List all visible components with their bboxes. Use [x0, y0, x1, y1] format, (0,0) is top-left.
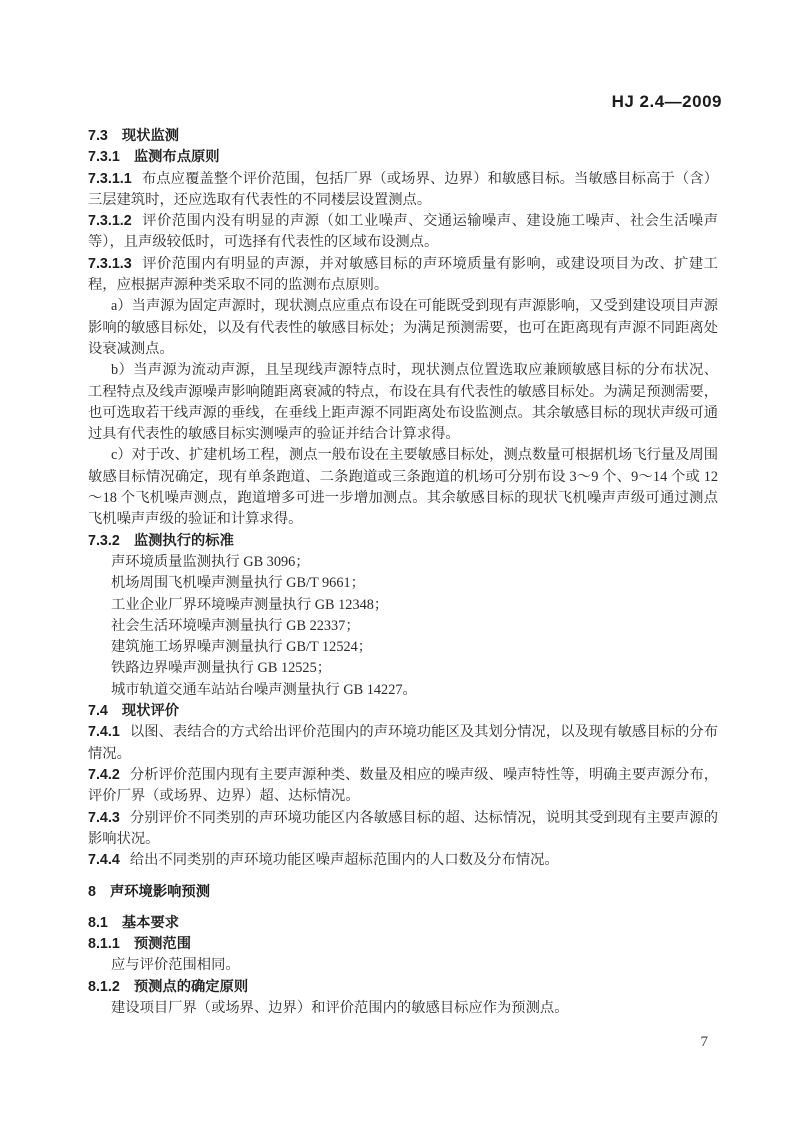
text-line-7: c）对于改、扩建机场工程，测点一般布设在主要敏感目标处，测点数量可根据机场飞行量…	[88, 445, 718, 530]
clause-text: 现状评价	[122, 703, 179, 719]
clause-text: 以图、表结合的方式给出评价范围内的声环境功能区及其划分情况，以及现有敏感目标的分…	[88, 724, 718, 761]
para-7.3.1.3: 7.3.1.3评价范围内有明显的声源，并对敏感目标的声环境质量有影响，或建设项目…	[88, 254, 718, 297]
clause-text: 评价范围内有明显的声源，并对敏感目标的声环境质量有影响，或建设项目为改、扩建工程…	[88, 256, 718, 293]
text-line-11: 工业企业厂界环境噪声测量执行 GB 12348；	[88, 595, 718, 616]
heading-7.3: 7.3现状监测	[88, 126, 718, 147]
clause-text: 城市轨道交通车站站台噪声测量执行 GB 14227。	[111, 682, 417, 698]
para-7.4.2: 7.4.2分析评价范围内现有主要声源种类、数量及相应的噪声级、噪声特性等，明确主…	[88, 765, 718, 808]
para-7.4.1: 7.4.1以图、表结合的方式给出评价范围内的声环境功能区及其划分情况，以及现有敏…	[88, 722, 718, 765]
clause-text: 评价范围内没有明显的声源（如工业噪声、交通运输噪声、建设施工噪声、社会生活噪声等…	[88, 213, 718, 250]
clause-text: b）当声源为流动声源，且呈现线声源特点时，现状测点位置选取应兼顾敏感目标的分布状…	[88, 362, 718, 442]
text-line-15: 城市轨道交通车站站台噪声测量执行 GB 14227。	[88, 680, 718, 701]
clause-number: 8.1.2	[88, 979, 120, 995]
heading-7.4: 7.4现状评价	[88, 701, 718, 722]
text-line-6: b）当声源为流动声源，且呈现线声源特点时，现状测点位置选取应兼顾敏感目标的分布状…	[88, 360, 718, 445]
clause-number: 7.4.3	[88, 810, 120, 826]
heading-8.1.2: 8.1.2预测点的确定原则	[88, 977, 718, 998]
clause-number: 7.4.1	[88, 724, 120, 740]
text-line-12: 社会生活环境噪声测量执行 GB 22337；	[88, 616, 718, 637]
clause-text: 工业企业厂界环境噪声测量执行 GB 12348；	[111, 597, 388, 613]
clause-text: 预测点的确定原则	[134, 979, 248, 995]
clause-number: 7.3.1.1	[88, 171, 132, 187]
clause-number: 7.3.1	[88, 149, 120, 165]
para-7.3.1.1: 7.3.1.1布点应覆盖整个评价范围，包括厂界（或场界、边界）和敏感目标。当敏感…	[88, 169, 718, 212]
clause-text: 建筑施工场界噪声测量执行 GB/T 12524；	[111, 639, 372, 655]
clause-text: 声环境影响预测	[110, 884, 210, 900]
clause-text: c）对于改、扩建机场工程，测点一般布设在主要敏感目标处，测点数量可根据机场飞行量…	[88, 447, 718, 527]
clause-number: 7.3.1.2	[88, 213, 132, 229]
para-7.4.3: 7.4.3分别评价不同类别的声环境功能区内各敏感目标的超、达标情况，说明其受到现…	[88, 808, 718, 851]
text-line-14: 铁路边界噪声测量执行 GB 12525；	[88, 658, 718, 679]
text-line-10: 机场周围飞机噪声测量执行 GB/T 9661；	[88, 573, 718, 594]
clause-text: 铁路边界噪声测量执行 GB 12525；	[111, 660, 331, 676]
clause-text: 分析评价范围内现有主要声源种类、数量及相应的噪声级、噪声特性等，明确主要声源分布…	[88, 767, 718, 804]
para-7.4.4: 7.4.4给出不同类别的声环境功能区噪声超标范围内的人口数及分布情况。	[88, 850, 718, 871]
clause-number: 7.3.2	[88, 533, 120, 549]
clause-text: 现状监测	[122, 128, 179, 144]
clause-number: 8.1.1	[88, 936, 120, 952]
clause-text: 监测布点原则	[134, 149, 220, 165]
clause-text: 分别评价不同类别的声环境功能区内各敏感目标的超、达标情况，说明其受到现有主要声源…	[88, 810, 718, 847]
clause-number: 7.4.4	[88, 852, 120, 868]
clause-text: 预测范围	[134, 936, 191, 952]
para-7.3.1.2: 7.3.1.2评价范围内没有明显的声源（如工业噪声、交通运输噪声、建设施工噪声、…	[88, 211, 718, 254]
clause-text: 建设项目厂界（或场界、边界）和评价范围内的敏感目标应作为预测点。	[111, 1000, 569, 1016]
clause-text: 布点应覆盖整个评价范围，包括厂界（或场界、边界）和敏感目标。当敏感目标高于（含）…	[88, 171, 718, 208]
clause-text: 应与评价范围相同。	[111, 957, 240, 973]
clause-text: 监测执行的标准	[134, 533, 234, 549]
clause-number: 8	[88, 884, 96, 900]
clause-text: 机场周围飞机噪声测量执行 GB/T 9661；	[111, 575, 365, 591]
clause-text: 声环境质量监测执行 GB 3096；	[111, 554, 310, 570]
text-line-5: a）当声源为固定声源时，现状测点应重点布设在可能既受到现有声源影响，又受到建设项…	[88, 296, 718, 360]
clause-text: 社会生活环境噪声测量执行 GB 22337；	[111, 618, 360, 634]
page-number: 7	[701, 1034, 709, 1051]
heading-8.1.1: 8.1.1预测范围	[88, 934, 718, 955]
heading-8.1: 8.1基本要求	[88, 913, 718, 934]
document-page: HJ 2.4—2009 7.3现状监测7.3.1监测布点原则7.3.1.1布点应…	[0, 0, 800, 1132]
text-line-26: 建设项目厂界（或场界、边界）和评价范围内的敏感目标应作为预测点。	[88, 998, 718, 1019]
clause-number: 7.3	[88, 128, 108, 144]
clause-number: 7.4.2	[88, 767, 120, 783]
heading-7.3.2: 7.3.2监测执行的标准	[88, 531, 718, 552]
clause-text: a）当声源为固定声源时，现状测点应重点布设在可能既受到现有声源影响，又受到建设项…	[88, 298, 718, 357]
clause-text: 基本要求	[122, 915, 179, 931]
heading-7.3.1: 7.3.1监测布点原则	[88, 147, 718, 168]
text-line-9: 声环境质量监测执行 GB 3096；	[88, 552, 718, 573]
chapter-8: 8声环境影响预测	[88, 882, 718, 903]
clause-number: 7.3.1.3	[88, 256, 132, 272]
text-line-24: 应与评价范围相同。	[88, 955, 718, 976]
text-line-13: 建筑施工场界噪声测量执行 GB/T 12524；	[88, 637, 718, 658]
clause-text: 给出不同类别的声环境功能区噪声超标范围内的人口数及分布情况。	[130, 852, 559, 868]
clause-number: 7.4	[88, 703, 108, 719]
standard-code: HJ 2.4—2009	[612, 92, 722, 112]
clause-number: 8.1	[88, 915, 108, 931]
document-body: 7.3现状监测7.3.1监测布点原则7.3.1.1布点应覆盖整个评价范围，包括厂…	[88, 126, 718, 1019]
